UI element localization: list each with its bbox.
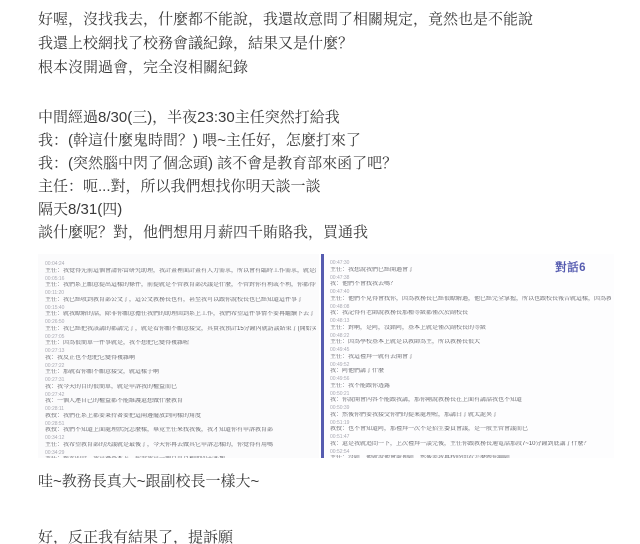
chat-message: 00:04:24 主任：我覺得先前這個會請你當研究助理，我計畫裡面計畫有人力需求… xyxy=(45,261,316,275)
chat-text: 我：還是我就追問一下，上次禮拜一談完後，主任你跟教務長通電話那段7~10分鐘到底… xyxy=(330,441,611,448)
chat-message: 00:34:12 主任：我希望教育部的決議就是最後了，今天你再去做其它申訴怎樣的… xyxy=(45,435,316,449)
post-line: 談什麼呢？對，他們想用月薪四千賄賂我，買通我 xyxy=(38,221,614,244)
chat-text: 教授：也不會知道阿，那禮拜一次不是招生委員會議，是一般主管會議而已 xyxy=(330,426,611,433)
post-line: 好喔，沒找我去，什麼都不能說，我還故意問了相關規定，竟然也是不能說 xyxy=(38,8,614,32)
chat-message: 00:28:51 教授：我們不知道上面處理狀況怎麼樣，畢竟主任來找我後，我才知道… xyxy=(45,421,316,435)
chat-text: 主任：我希望教育部的決議就是最後了，今天你再去做其它申訴怎樣的，你覺得有用嗎 xyxy=(45,442,316,449)
chat-message: 00:48:13 主任：對啊，是阿，沒錯阿，基本上就是僅次副校長的等級 xyxy=(330,318,611,332)
chat-text: 我：阿他們講了什麼 xyxy=(330,368,611,375)
post-line: 我：(幹這什麼鬼時間？) 喂~主任好，怎麼打來了 xyxy=(38,129,614,152)
chat-text: 主任：對啊，是阿，沒錯阿，基本上就是僅次副校長的等級 xyxy=(330,325,611,332)
chat-message: 00:27:31 我：我今天的目的很簡單，就是申訴我的權益而已 xyxy=(45,377,316,391)
chat-text: 我：你說開會內容不能跟我講，那你剛說教務長在上面有講話我也不知道 xyxy=(330,397,611,404)
chat-text: 主任：我已經收到教育部公文了，這公文教務長也有，甚至我可以跟你說校長也已經知道這… xyxy=(45,297,316,304)
chat-message: 00:27:05 主任：因為很簡單一件事就是，我不想把它變得複雜喔 xyxy=(45,334,316,348)
chat-message: 00:05:16 主任：我們系上願意提出這樣的條件，前提就是不管教育部決議是什麼… xyxy=(45,276,316,290)
chat-text: 我：一個人連自己的權益都不能維護還想做什麼教育 xyxy=(45,398,316,405)
chat-message: 00:48:22 主任：因為學校基本上就是以教師為主，所以教務長很大 xyxy=(330,333,611,347)
post-line: 中間經過8/30(三)，半夜23:30主任突然打給我 xyxy=(38,106,614,129)
post-page: 好喔，沒找我去，什麼都不能說，我還故意問了相關規定，竟然也是不能說我還上校網找了… xyxy=(0,0,640,544)
chat-text: 我：我今天的目的很簡單，就是申訴我的權益而已 xyxy=(45,384,316,391)
chat-text: 主任：因為很簡單一件事就是，我不想把它變得複雜喔 xyxy=(45,340,316,347)
chat-message: 00:27:42 我：一個人連自己的權益都不能維護還想做什麼教育 xyxy=(45,392,316,406)
chat-message: 00:49:45 主任：我這禮拜一就有去開會了 xyxy=(330,347,611,361)
chat-message: 00:11:20 主任：我已經收到教育部公文了，這公文教務長也有，甚至我可以跟你… xyxy=(45,290,316,304)
chat-message: 00:47:38 我：他們不會找我去嗎？ xyxy=(330,275,611,289)
chat-message: 00:27:22 主任：那就看你願不願意接受，就這樣子啊 xyxy=(45,363,316,377)
chat-text: 主任：我們系上願意提出這樣的條件，前提就是不管教育部決議是什麼，不管對你有利或不… xyxy=(45,282,316,289)
chat-left-messages: 00:04:24 主任：我覺得先前這個會請你當研究助理，我計畫裡面計畫有人力需求… xyxy=(45,261,316,458)
chat-text: 我：他們不會找我去嗎？ xyxy=(330,281,611,288)
chat-message: 00:51:47 我：還是我就追問一下，上次禮拜一談完後，主任你跟教務長通電話那… xyxy=(330,434,611,448)
chat-text: 主任：他們不見得會找你，因為教務長已經很瞭解過，他已經完全掌握，所以也跟校長報告… xyxy=(330,296,611,303)
chat-text: 主任：就我瞭解的話，除非你願意擔任我們的助理回到系上工作，我們希望這件事情不要再… xyxy=(45,311,316,318)
chat-message: 00:34:29 主任：薪水的話，我這邊基本上，你說我這一個月可以補助四千多塊 xyxy=(45,450,316,459)
chat-text: 主任：我覺得先前這個會請你當研究助理，我計畫裡面計畫有人力需求，所以會有臨時工作… xyxy=(45,268,316,275)
embedded-screenshots-row: 00:04:24 主任：我覺得先前這個會請你當研究助理，我計畫裡面計畫有人力需求… xyxy=(38,254,614,458)
chat-screenshot-right[interactable]: 對話6 00:47:30 主任：我想說我們已經開過會了 00:47:38 我：他… xyxy=(321,254,614,458)
chat-text: 我：我反正也不想把它變得複雜啊 xyxy=(45,355,316,362)
chat-text: 教授：我們不知道上面處理狀況怎麼樣，畢竟主任來找我後，我才知道你有申訴教育部 xyxy=(45,427,316,434)
chat-message: 00:26:50 主任：我已經把我該講的都講完了，就是看你願不願意接受，其實我預… xyxy=(45,319,316,333)
chat-screenshot-left[interactable]: 00:04:24 主任：我覺得先前這個會請你當研究助理，我計畫裡面計畫有人力需求… xyxy=(38,254,319,458)
post-line: 我還上校網找了校務會議紀錄，結果又是什麼？ xyxy=(38,32,614,56)
post-line: 主任：呃...對，所以我們想找你明天談一談 xyxy=(38,175,614,198)
chat-message: 00:48:08 我：我記得有老師說教務長那種等級都僅次於副校長 xyxy=(330,304,611,318)
post-remark-line: 哇~教務長真大~跟副校長一樣大~ xyxy=(38,470,614,494)
chat-message: 00:49:56 主任：我不能跟你透露 xyxy=(330,376,611,390)
chat-right-messages: 00:47:30 主任：我想說我們已經開過會了 00:47:38 我：他們不會找… xyxy=(330,260,611,458)
chat-text: 教授：我們在系上都要秉持著要把這兩邊擺放到同樣的角度 xyxy=(45,413,316,420)
chat-text: 我：我記得有老師說教務長那種等級都僅次於副校長 xyxy=(330,310,611,317)
post-paragraph-2: 中間經過8/30(三)，半夜23:30主任突然打給我我：(幹這什麼鬼時間？) 喂… xyxy=(38,106,614,244)
chat-text: 主任：沒阿，他就說他會處理阿，然後要我再找時間看怎麼跟你聊阿 xyxy=(330,455,611,458)
chat-message: 00:49:52 我：阿他們講了什麼 xyxy=(330,362,611,376)
post-line: 根本沒開過會，完全沒相關紀錄 xyxy=(38,56,614,80)
chat-text: 主任：我這禮拜一就有去開會了 xyxy=(330,354,611,361)
chat-message: 00:50:39 我：然後你們要我接受你們的提案處理喔，那講白了就太詭異了 xyxy=(330,405,611,419)
chat-text: 主任：因為學校基本上就是以教師為主，所以教務長很大 xyxy=(330,339,611,346)
chat-text: 主任：那就看你願不願意接受，就這樣子啊 xyxy=(45,369,316,376)
chat-message: 00:51:19 教授：也不會知道阿，那禮拜一次不是招生委員會議，是一般主管會議… xyxy=(330,420,611,434)
chat-message: 00:47:40 主任：他們不見得會找你，因為教務長已經很瞭解過，他已經完全掌握… xyxy=(330,289,611,303)
chat-message: 00:15:40 主任：就我瞭解的話，除非你願意擔任我們的助理回到系上工作，我們… xyxy=(45,305,316,319)
chat-text: 主任：薪水的話，我這邊基本上，你說我這一個月可以補助四千多塊 xyxy=(45,456,316,458)
chat-message: 00:28:11 教授：我們在系上都要秉持著要把這兩邊擺放到同樣的角度 xyxy=(45,406,316,420)
post-line: 我：(突然腦中閃了個念頭) 該不會是教育部來函了吧？ xyxy=(38,152,614,175)
post-line: 隔天8/31(四) xyxy=(38,198,614,221)
dialog-number-label: 對話6 xyxy=(555,259,586,275)
post-closing-line: 好，反正我有結果了，提訴願 xyxy=(38,526,614,544)
post-paragraph-1: 好喔，沒找我去，什麼都不能說，我還故意問了相關規定，竟然也是不能說我還上校網找了… xyxy=(38,8,614,80)
chat-message: 00:52:54 主任：沒阿，他就說他會處理阿，然後要我再找時間看怎麼跟你聊阿 xyxy=(330,449,611,459)
chat-text: 主任：我不能跟你透露 xyxy=(330,383,611,390)
chat-message: 00:50:21 我：你說開會內容不能跟我講，那你剛說教務長在上面有講話我也不知… xyxy=(330,391,611,405)
chat-text: 主任：我已經把我該講的都講完了，就是看你願不願意接受，其實我預計15分鐘內就訪談… xyxy=(45,326,316,333)
chat-message: 00:27:13 我：我反正也不想把它變得複雜啊 xyxy=(45,348,316,362)
chat-text: 我：然後你們要我接受你們的提案處理喔，那講白了就太詭異了 xyxy=(330,412,611,419)
